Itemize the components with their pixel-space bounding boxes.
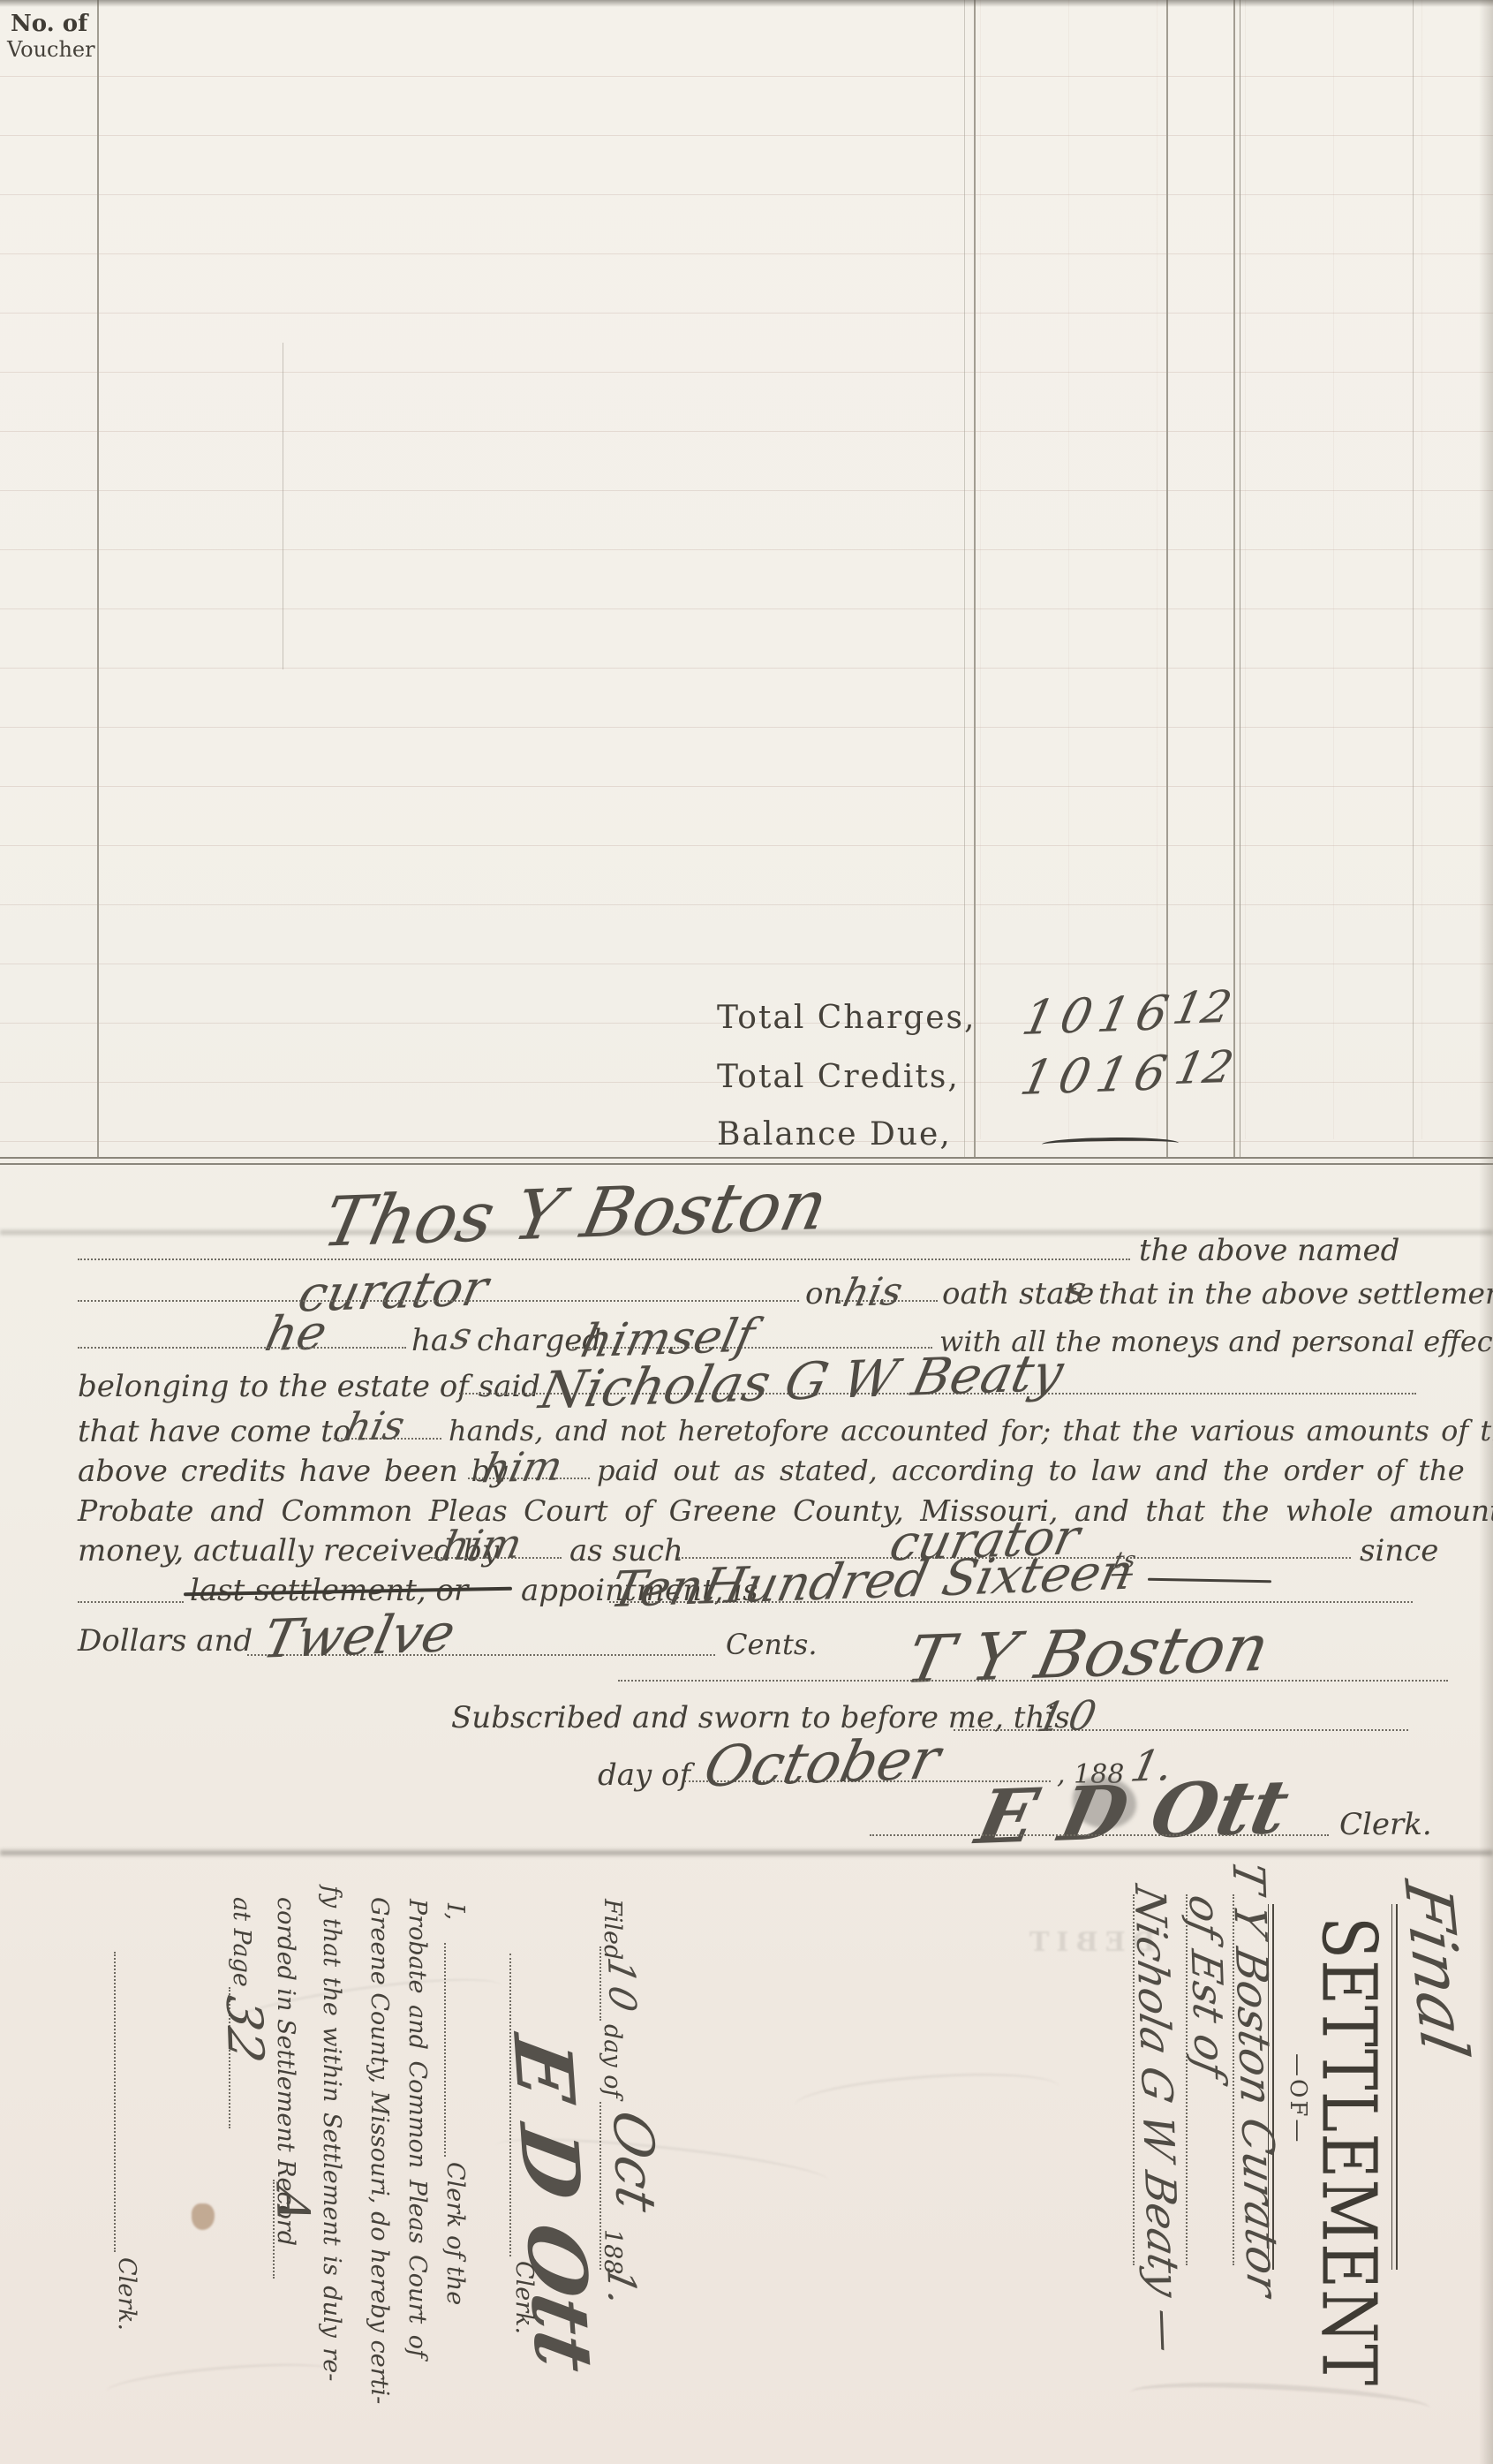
leader-sig2 <box>618 1680 1448 1682</box>
hand-his-1: his <box>839 1269 906 1316</box>
docket-cert-i-leader <box>444 1943 446 2157</box>
total-credits-cents: 12 <box>1171 1041 1239 1094</box>
docket-cert-i: I, <box>441 1903 469 1920</box>
hand-s-2: s <box>448 1314 476 1358</box>
faint-vertical-bleed-lines <box>980 0 1474 1139</box>
text-l5a: that have come to <box>78 1414 351 1449</box>
ledger-bottom-rule-2 <box>0 1163 1493 1165</box>
ledger-bottom-rule-1 <box>0 1157 1493 1159</box>
docket-filed-day: 10 <box>599 1954 645 2019</box>
hand-him-2: him <box>438 1519 526 1569</box>
docket-cert-line3: Greene County, Missouri, do hereby certi… <box>366 1897 393 2404</box>
docket-rule-top-1 <box>1396 1904 1398 2270</box>
affiant-signature-bottom: T Y Boston <box>900 1610 1276 1698</box>
total-credits-dollars: 1016 <box>1016 1045 1179 1106</box>
total-charges-cents: 12 <box>1169 981 1237 1034</box>
hand-day-num: 10 <box>1033 1691 1106 1741</box>
docket-page-num: 32 <box>215 1992 274 2067</box>
total-credits-label: Total Credits, <box>717 1059 960 1095</box>
leader-line2a <box>78 1300 799 1302</box>
clerk-signature: E D Ott <box>969 1763 1296 1861</box>
text-dollars-and: Dollars and <box>78 1623 253 1659</box>
leader-line3a <box>78 1347 406 1349</box>
leader-day-num <box>954 1729 1408 1731</box>
docket-name-2: of Est of <box>1179 1891 1234 2082</box>
docket-filed-month: Oct <box>600 2105 668 2218</box>
docket-at-page: at Page <box>228 1897 255 1987</box>
text-day-of: day of <box>598 1757 690 1793</box>
hand-amount-words: TenHundred Sixteen <box>606 1544 1139 1619</box>
text-l7: Probate and Common Pleas Court of Greene… <box>78 1493 1493 1528</box>
ledger-rule-4 <box>1413 0 1414 1159</box>
text-on: on <box>805 1276 842 1311</box>
docket-rotated-content: Final SETTLEMENT —OF— T Y Boston Curator… <box>0 1855 1493 2464</box>
docket-final-clerk-leader <box>114 1952 116 2252</box>
ledger-rule-partial <box>283 343 283 669</box>
ledger-rule-3b <box>1240 0 1240 1159</box>
docket-title-text: SETTLEMENT <box>1305 1916 1393 2386</box>
text-l5b: hands, and not heretofore accounted for;… <box>449 1414 1493 1447</box>
text-since: since <box>1360 1533 1438 1568</box>
docket-filed-label: Filed <box>599 1899 626 1960</box>
voucher-heading-line1: No. of <box>11 11 87 37</box>
docket-of: —OF— <box>1285 2053 1311 2144</box>
hand-his-2: his <box>341 1403 408 1450</box>
text-ha: ha <box>411 1323 449 1358</box>
stain-spot <box>192 2203 215 2230</box>
text-above-named: the above named <box>1139 1233 1399 1268</box>
leader-clerk <box>870 1834 1329 1836</box>
docket-cert-line4: fy that the within Settlement is duly re… <box>318 1886 345 2381</box>
hand-him-1: him <box>479 1441 567 1492</box>
leader-line9a <box>78 1601 184 1603</box>
hand-he: he <box>260 1304 332 1362</box>
affiant-signature-top: Thos Y Boston <box>316 1166 834 1263</box>
document-sheet: No. of Voucher Total Charges, 1016 12 To… <box>0 0 1493 2464</box>
docket-filed-dayof: day of <box>599 2024 626 2097</box>
text-l6a: above credits have been by <box>78 1454 508 1489</box>
docket-cert-clerk-of-the: Clerk of the <box>441 2162 469 2305</box>
text-belonging: belonging to the estate of said <box>78 1369 540 1404</box>
ledger-rule-1-faint <box>964 0 965 1159</box>
docket-cert-line2: Probate and Common Pleas Court of <box>403 1899 431 2358</box>
docket-final: Final <box>1389 1876 1482 2062</box>
docket-clerk-label-1: Clerk. <box>510 2261 538 2334</box>
docket-clerk-leader <box>509 1954 511 2256</box>
leader-line1 <box>78 1258 1130 1260</box>
text-that-in-settlement: that in the above settlement <box>1098 1276 1493 1311</box>
ledger-rule-voucher <box>97 0 99 1159</box>
text-cents: Cents. <box>726 1628 817 1661</box>
text-l8a: money, actually received by <box>78 1533 499 1568</box>
ledger-rule-1 <box>974 0 976 1159</box>
docket-panel: Final SETTLEMENT —OF— T Y Boston Curator… <box>0 1855 1493 2464</box>
docket-title: SETTLEMENT <box>1313 1916 1385 2386</box>
top-edge-shadow <box>0 0 1493 7</box>
hand-twelve: Twelve <box>258 1602 461 1670</box>
text-clerk-label: Clerk. <box>1339 1807 1432 1842</box>
voucher-heading-line2: Voucher <box>7 37 95 62</box>
amount-dash <box>1148 1578 1271 1583</box>
total-charges-dollars: 1016 <box>1018 985 1180 1046</box>
docket-clerk-label-2: Clerk. <box>113 2257 140 2331</box>
text-l6b: paid out as stated, according to law and… <box>597 1454 1465 1487</box>
balance-due-label: Balance Due, <box>717 1116 952 1153</box>
hand-month: October <box>698 1727 946 1800</box>
total-charges-label: Total Charges, <box>717 1000 976 1036</box>
